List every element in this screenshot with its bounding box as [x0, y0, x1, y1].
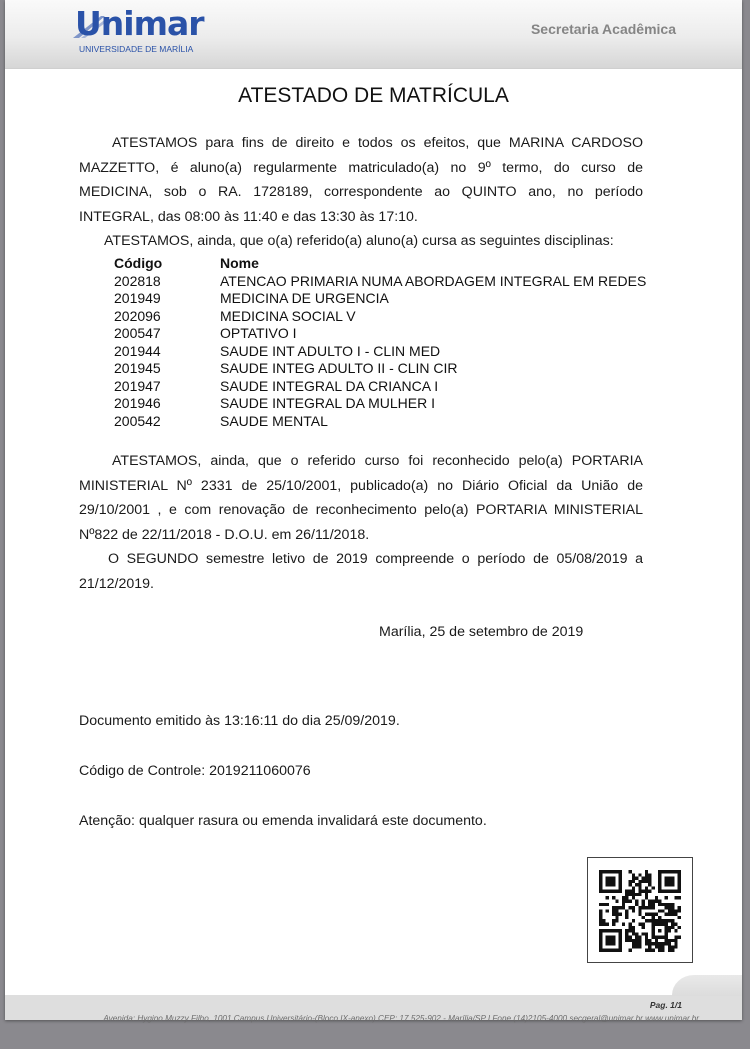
logo-wordmark: Unimar [75, 4, 204, 43]
table-row: 201947SAUDE INTEGRAL DA CRIANCA I [114, 378, 646, 396]
discipline-name: SAUDE INT ADULTO I - CLIN MED [220, 343, 440, 361]
table-row: 200542SAUDE MENTAL [114, 413, 646, 431]
page-header: Unimar UNIVERSIDADE DE MARÍLIA Secretari… [5, 0, 742, 69]
paragraph-line: ATESTAMOS para fins de direito e todos o… [79, 131, 643, 156]
discipline-name: OPTATIVO I [220, 325, 297, 343]
control-code: Código de Controle: 2019211060076 [79, 763, 311, 779]
logo-subtitle: UNIVERSIDADE DE MARÍLIA [79, 44, 193, 54]
footer-address: Avenida: Hygino Muzzy Filho, 1001 Campus… [103, 1014, 699, 1023]
discipline-code: 200547 [114, 325, 220, 343]
table-row: 201945SAUDE INTEG ADULTO II - CLIN CIR [114, 360, 646, 378]
document-page: Unimar UNIVERSIDADE DE MARÍLIA Secretari… [5, 0, 742, 1020]
page-number: Pag. 1/1 [650, 1000, 682, 1010]
discipline-name: MEDICINA SOCIAL V [220, 308, 356, 326]
discipline-code: 202096 [114, 308, 220, 326]
paragraph-line: INTEGRAL, das 08:00 às 11:40 e das 13:30… [79, 205, 643, 230]
table-row: 201946SAUDE INTEGRAL DA MULHER I [114, 395, 646, 413]
paragraph-line: MEDICINA, sob o RA. 1728189, corresponde… [79, 180, 643, 205]
unimar-logo: Unimar UNIVERSIDADE DE MARÍLIA [71, 8, 201, 52]
discipline-code: 200542 [114, 413, 220, 431]
discipline-code: 201944 [114, 343, 220, 361]
table-row: 200547OPTATIVO I [114, 325, 646, 343]
paragraph-line: Nº822 de 22/11/2018 - D.O.U. em 26/11/20… [79, 523, 643, 548]
discipline-name: ATENCAO PRIMARIA NUMA ABORDAGEM INTEGRAL… [220, 273, 646, 291]
issued-timestamp: Documento emitido às 13:16:11 do dia 25/… [79, 713, 400, 729]
discipline-code: 202818 [114, 273, 220, 291]
discipline-name: SAUDE INTEG ADULTO II - CLIN CIR [220, 360, 458, 378]
footer-tab-decoration [672, 975, 742, 996]
paragraph-line: 21/12/2019. [79, 572, 643, 597]
table-row: 201949MEDICINA DE URGENCIA [114, 290, 646, 308]
place-date: Marília, 25 de setembro de 2019 [379, 624, 583, 640]
table-header-row: Código Nome [114, 255, 646, 273]
discipline-code: 201945 [114, 360, 220, 378]
column-header-code: Código [114, 255, 220, 273]
department-label: Secretaria Acadêmica [531, 21, 676, 37]
recognition-paragraph: ATESTAMOS, ainda, que o referido curso f… [79, 449, 643, 548]
qr-code [587, 857, 693, 963]
enrollment-paragraph: ATESTAMOS para fins de direito e todos o… [79, 131, 643, 230]
discipline-name: SAUDE INTEGRAL DA MULHER I [220, 395, 435, 413]
paragraph-line: ATESTAMOS, ainda, que o referido curso f… [79, 449, 643, 474]
column-header-name: Nome [220, 255, 259, 273]
paragraph-line: 29/10/2001 , e com renovação de reconhec… [79, 498, 643, 523]
qr-code-icon [599, 870, 681, 952]
table-row: 202818ATENCAO PRIMARIA NUMA ABORDAGEM IN… [114, 273, 646, 291]
warning-text: Atenção: qualquer rasura ou emenda inval… [79, 813, 487, 829]
semester-paragraph: O SEGUNDO semestre letivo de 2019 compre… [79, 547, 643, 596]
discipline-code: 201946 [114, 395, 220, 413]
disciplines-intro: ATESTAMOS, ainda, que o(a) referido(a) a… [104, 233, 614, 249]
discipline-name: MEDICINA DE URGENCIA [220, 290, 389, 308]
discipline-code: 201949 [114, 290, 220, 308]
discipline-name: SAUDE INTEGRAL DA CRIANCA I [220, 378, 438, 396]
paragraph-line: MAZZETTO, é aluno(a) regularmente matric… [79, 156, 643, 181]
table-row: 202096MEDICINA SOCIAL V [114, 308, 646, 326]
disciplines-table: Código Nome 202818ATENCAO PRIMARIA NUMA … [114, 255, 646, 430]
paragraph-line: O SEGUNDO semestre letivo de 2019 compre… [79, 547, 643, 572]
discipline-name: SAUDE MENTAL [220, 413, 328, 431]
discipline-code: 201947 [114, 378, 220, 396]
paragraph-line: MINISTERIAL Nº 2331 de 25/10/2001, publi… [79, 474, 643, 499]
table-row: 201944SAUDE INT ADULTO I - CLIN MED [114, 343, 646, 361]
document-title: ATESTADO DE MATRÍCULA [5, 84, 742, 108]
